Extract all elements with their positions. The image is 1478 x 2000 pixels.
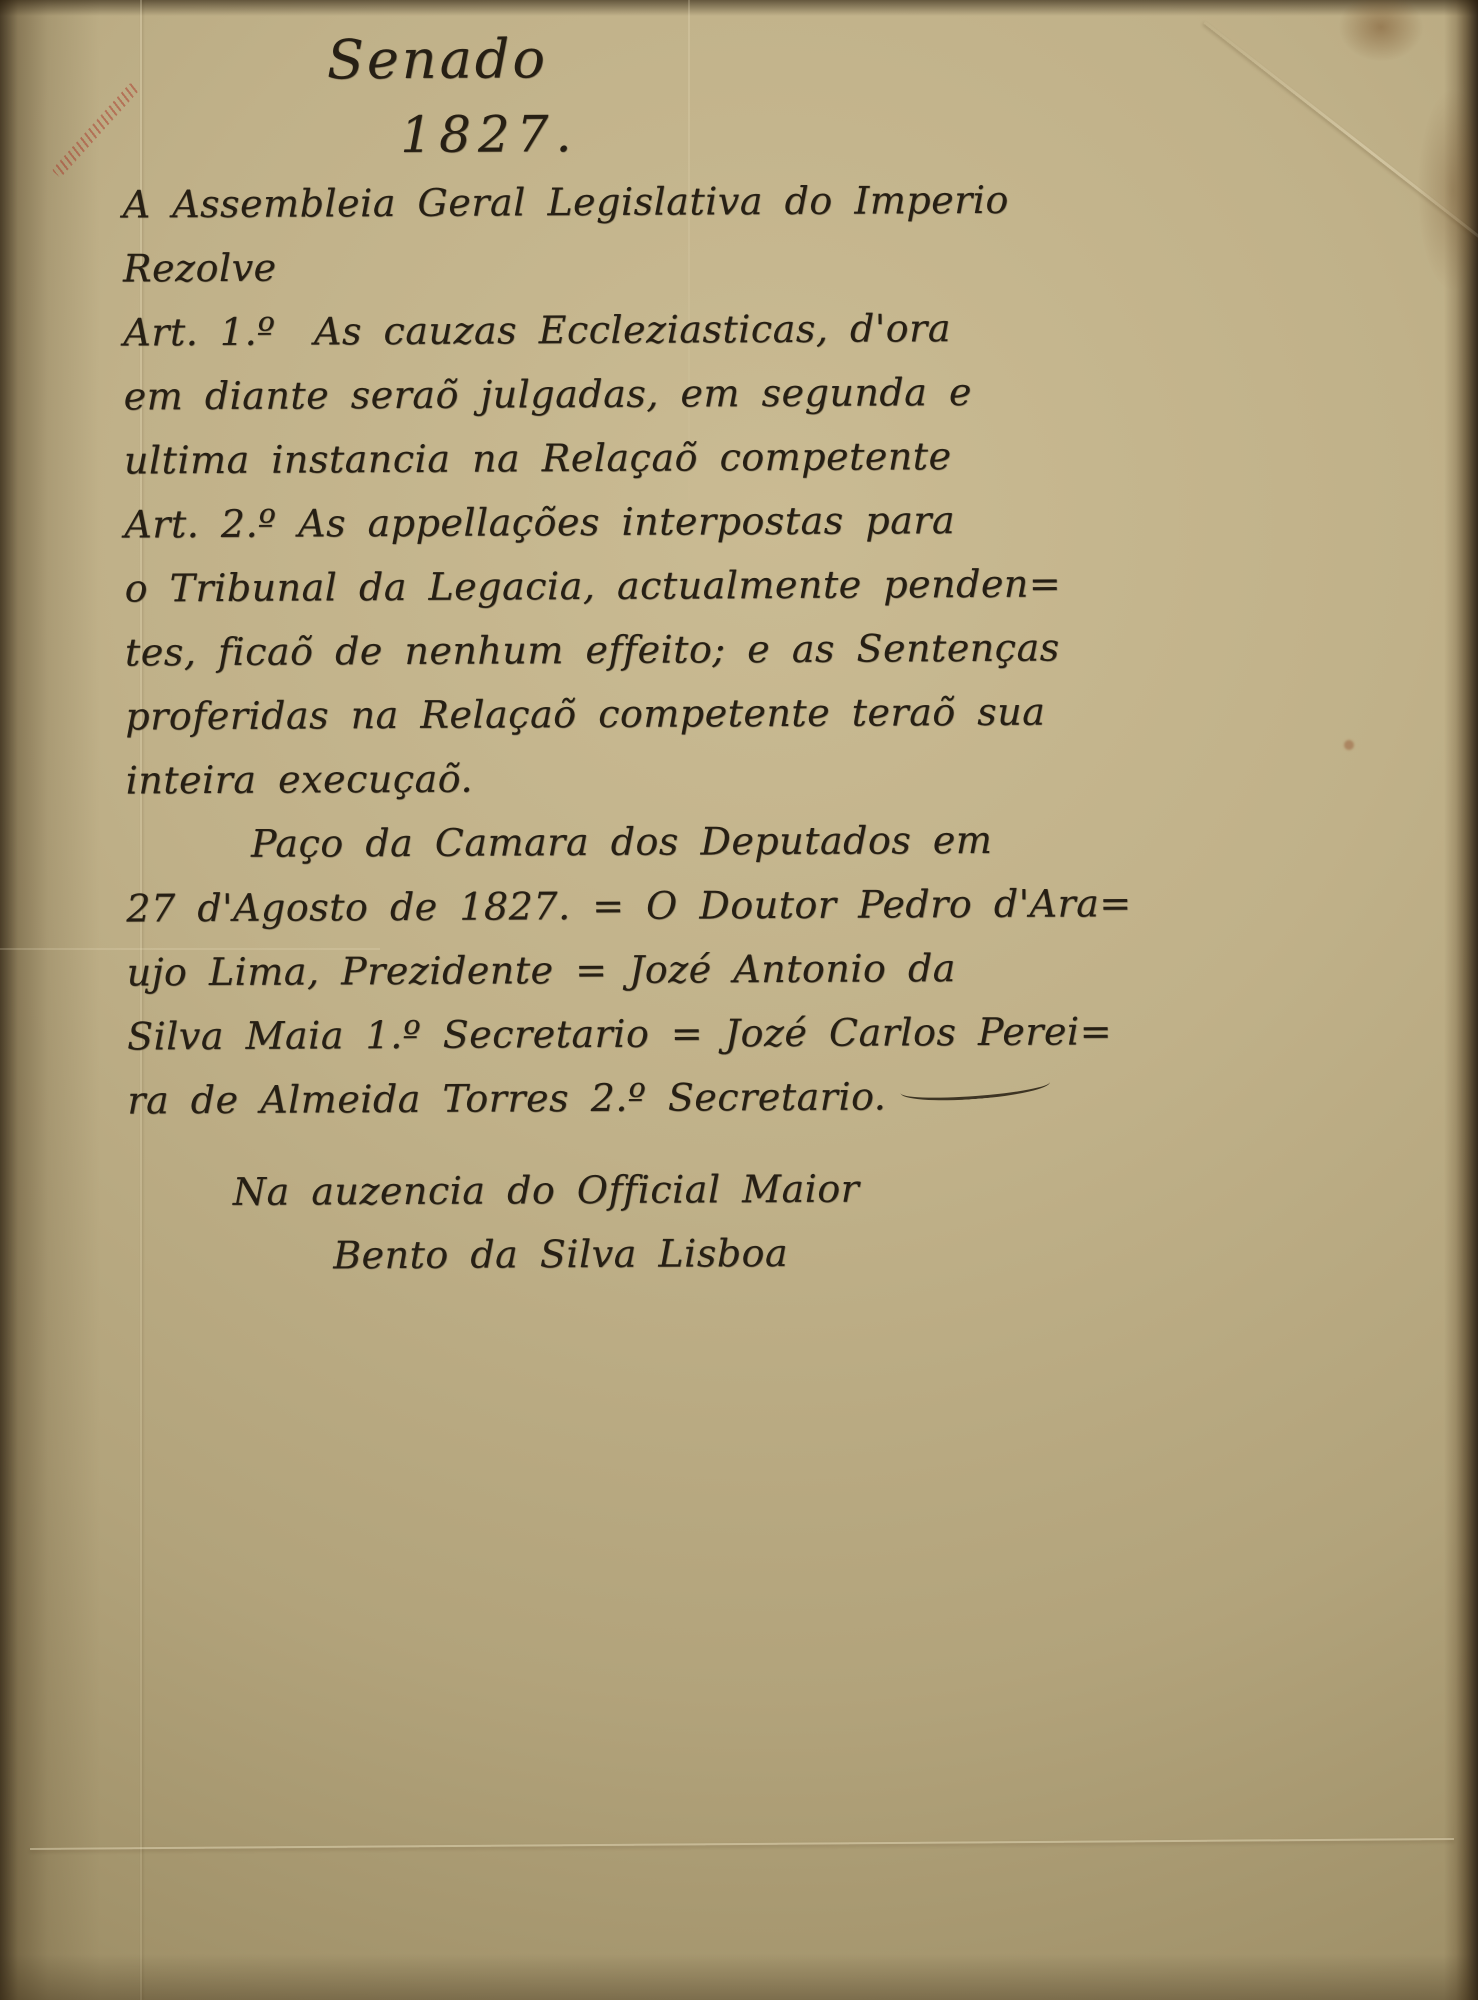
- manuscript-line: Rezolve: [123, 232, 1063, 301]
- manuscript-line: ra de Almeida Torres 2.º Secretario.: [127, 1064, 1067, 1133]
- manuscript-line: ujo Lima, Prezidente = Jozé Antonio da: [126, 936, 1066, 1005]
- manuscript-line: em diante seraõ julgadas, em segunda e: [123, 360, 1063, 429]
- right-page-edge: [1444, 0, 1478, 2000]
- left-binding-shadow: [0, 0, 100, 2000]
- signature-note: Na auzencia do Official Maior: [233, 1156, 1068, 1224]
- manuscript-line: o Tribunal da Legacia, actualmente pende…: [124, 552, 1064, 621]
- manuscript-line: Silva Maia 1.º Secretario = Jozé Carlos …: [127, 1000, 1067, 1069]
- paper-stain: [1338, 0, 1424, 62]
- manuscript-line: tes, ficaõ de nenhum effeito; e as Sente…: [125, 616, 1065, 685]
- manuscript-line: ultima instancia na Relaçaõ competente: [124, 424, 1064, 493]
- bottom-page-shadow: [0, 1954, 1478, 2000]
- manuscript-line: Art. 1.º As cauzas Eccleziasticas, d'ora: [123, 296, 1063, 365]
- document-year: 1827.: [400, 96, 1062, 171]
- manuscript-line-text: ra de Almeida Torres 2.º Secretario.: [127, 1074, 886, 1122]
- signature-name: Bento da Silva Lisboa: [333, 1220, 1068, 1288]
- manuscript-line: Art. 2.º As appellações interpostas para: [124, 488, 1064, 557]
- manuscript-page: Senado 1827. A Assembleia Geral Legislat…: [0, 0, 1478, 2000]
- manuscript-text-block: Senado 1827. A Assembleia Geral Legislat…: [122, 18, 1069, 1289]
- horizontal-crease: [30, 1838, 1454, 1850]
- ink-speck: [1344, 740, 1354, 750]
- top-page-edge: [0, 0, 1478, 16]
- manuscript-line: inteira execuçaõ.: [125, 744, 1065, 813]
- manuscript-line: proferidas na Relaçaõ competente teraõ s…: [125, 680, 1065, 749]
- paper-stain: [1418, 90, 1478, 290]
- manuscript-line: 27 d'Agosto de 1827. = O Doutor Pedro d'…: [126, 872, 1066, 941]
- manuscript-line: A Assembleia Geral Legislativa do Imperi…: [122, 168, 1062, 237]
- document-title: Senado: [327, 18, 1062, 100]
- pen-flourish: [900, 1070, 1051, 1104]
- manuscript-line: Paço da Camara dos Deputados em: [251, 808, 1066, 876]
